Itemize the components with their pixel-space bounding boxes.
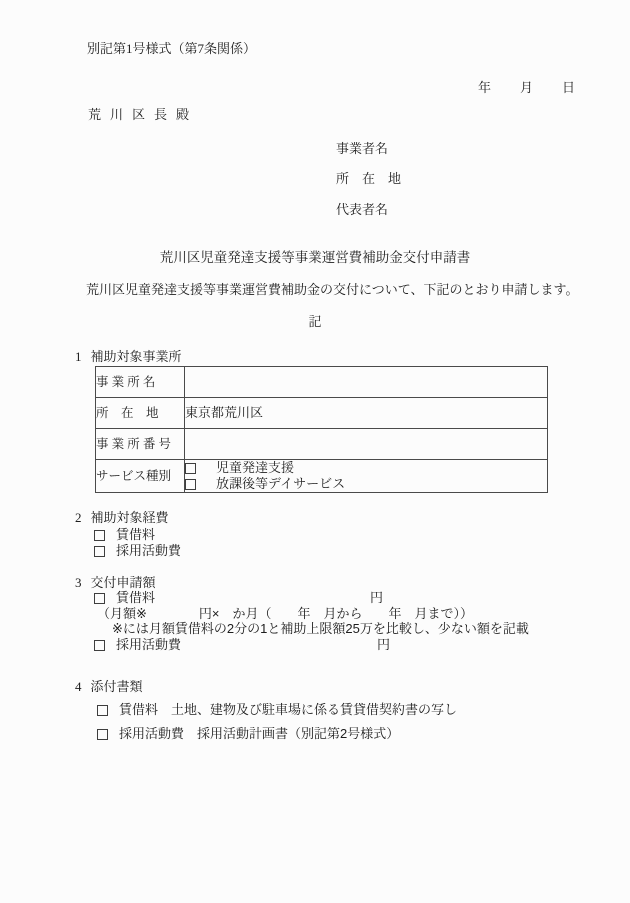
office-address-label: 所 在 地 bbox=[96, 398, 185, 429]
attachment-item-rental: 賃借料 土地、建物及び駐車場に係る賃貸借契約書の写し bbox=[97, 703, 457, 718]
applicant-business-name-label: 事業者名 bbox=[336, 142, 388, 157]
section3-heading: 3 交付申請額 bbox=[75, 576, 156, 591]
office-name-value bbox=[185, 367, 548, 398]
table-row: 事 業 所 名 bbox=[96, 367, 548, 398]
table-row: 事 業 所 番 号 bbox=[96, 429, 548, 460]
service-option-jidou: 児童発達支援 bbox=[185, 461, 547, 476]
amount-item-recruiting: 採用活動費 円 bbox=[94, 638, 524, 653]
service-option-houkago: 放課後等デイサービス bbox=[185, 477, 547, 492]
section4-title: 添付書類 bbox=[91, 680, 143, 695]
yen-unit-label: 円 bbox=[370, 591, 383, 606]
attachment-item-recruiting: 採用活動費 採用活動計画書（別記第2号様式） bbox=[97, 727, 399, 742]
section2-title: 補助対象経費 bbox=[91, 511, 169, 526]
record-mark: 記 bbox=[0, 315, 630, 330]
date-line: 年 月 日 bbox=[478, 81, 575, 96]
date-month-label: 月 bbox=[520, 81, 533, 96]
yen-unit-label: 円 bbox=[377, 638, 390, 653]
section3-title: 交付申請額 bbox=[91, 576, 156, 591]
service-type-label: サービス種別 bbox=[96, 460, 185, 493]
checkbox-label: 採用活動費 bbox=[116, 544, 181, 559]
office-number-label: 事 業 所 番 号 bbox=[96, 429, 185, 460]
office-name-label: 事 業 所 名 bbox=[96, 367, 185, 398]
checkbox-label: 賃借料 土地、建物及び駐車場に係る賃貸借契約書の写し bbox=[119, 703, 457, 718]
body-sentence: 荒川区児童発達支援等事業運営費補助金の交付について、下記のとおり申請します。 bbox=[86, 283, 578, 298]
section1-number: 1 bbox=[75, 350, 82, 365]
checkbox-label: 採用活動費 採用活動計画書（別記第2号様式） bbox=[119, 727, 399, 742]
office-address-value: 東京都荒川区 bbox=[185, 398, 548, 429]
checkbox-icon bbox=[94, 593, 105, 604]
amount-item-rental: 賃借料 円 bbox=[94, 591, 524, 606]
applicant-representative-label: 代表者名 bbox=[336, 203, 388, 218]
application-form-page: 別記第1号様式（第7条関係） 年 月 日 荒川区長殿 事業者名 所 在 地 代表… bbox=[0, 0, 630, 903]
expense-item-rental: 賃借料 bbox=[94, 528, 155, 543]
table-row: 所 在 地 東京都荒川区 bbox=[96, 398, 548, 429]
checkbox-label: 放課後等デイサービス bbox=[216, 477, 345, 492]
section4-heading: 4 添付書類 bbox=[75, 680, 143, 695]
form-number: 別記第1号様式（第7条関係） bbox=[87, 42, 256, 57]
section3-number: 3 bbox=[75, 576, 82, 591]
checkbox-label: 賃借料 bbox=[116, 528, 155, 543]
checkbox-icon bbox=[94, 546, 105, 557]
document-title: 荒川区児童発達支援等事業運営費補助金交付申請書 bbox=[0, 250, 630, 266]
expense-item-recruiting: 採用活動費 bbox=[94, 544, 181, 559]
checkbox-icon bbox=[185, 463, 196, 474]
addressee: 荒川区長殿 bbox=[88, 108, 198, 123]
note-line: ※には月額賃借料の2分の1と補助上限額25万を比較し、少ない額を記載 bbox=[112, 622, 529, 637]
checkbox-icon bbox=[185, 479, 196, 490]
applicant-address-label: 所 在 地 bbox=[336, 172, 401, 187]
section1-heading: 1 補助対象事業所 bbox=[75, 350, 182, 365]
office-number-value bbox=[185, 429, 548, 460]
checkbox-icon bbox=[94, 530, 105, 541]
target-office-table: 事 業 所 名 所 在 地 東京都荒川区 事 業 所 番 号 サービス種別 児童… bbox=[95, 366, 548, 493]
date-day-label: 日 bbox=[562, 81, 575, 96]
checkbox-label: 採用活動費 bbox=[116, 638, 181, 653]
checkbox-icon bbox=[94, 640, 105, 651]
section2-heading: 2 補助対象経費 bbox=[75, 511, 169, 526]
service-type-options: 児童発達支援 放課後等デイサービス bbox=[185, 460, 548, 493]
date-year-label: 年 bbox=[478, 81, 491, 96]
section1-title: 補助対象事業所 bbox=[91, 350, 182, 365]
monthly-amount-detail: （月額※ 円× か月（ 年 月から 年 月まで）） bbox=[97, 607, 473, 622]
checkbox-label: 賃借料 bbox=[116, 591, 155, 606]
section2-number: 2 bbox=[75, 511, 82, 526]
section4-number: 4 bbox=[75, 680, 82, 695]
checkbox-icon bbox=[97, 705, 108, 716]
table-row: サービス種別 児童発達支援 放課後等デイサービス bbox=[96, 460, 548, 493]
checkbox-icon bbox=[97, 729, 108, 740]
checkbox-label: 児童発達支援 bbox=[216, 461, 294, 476]
